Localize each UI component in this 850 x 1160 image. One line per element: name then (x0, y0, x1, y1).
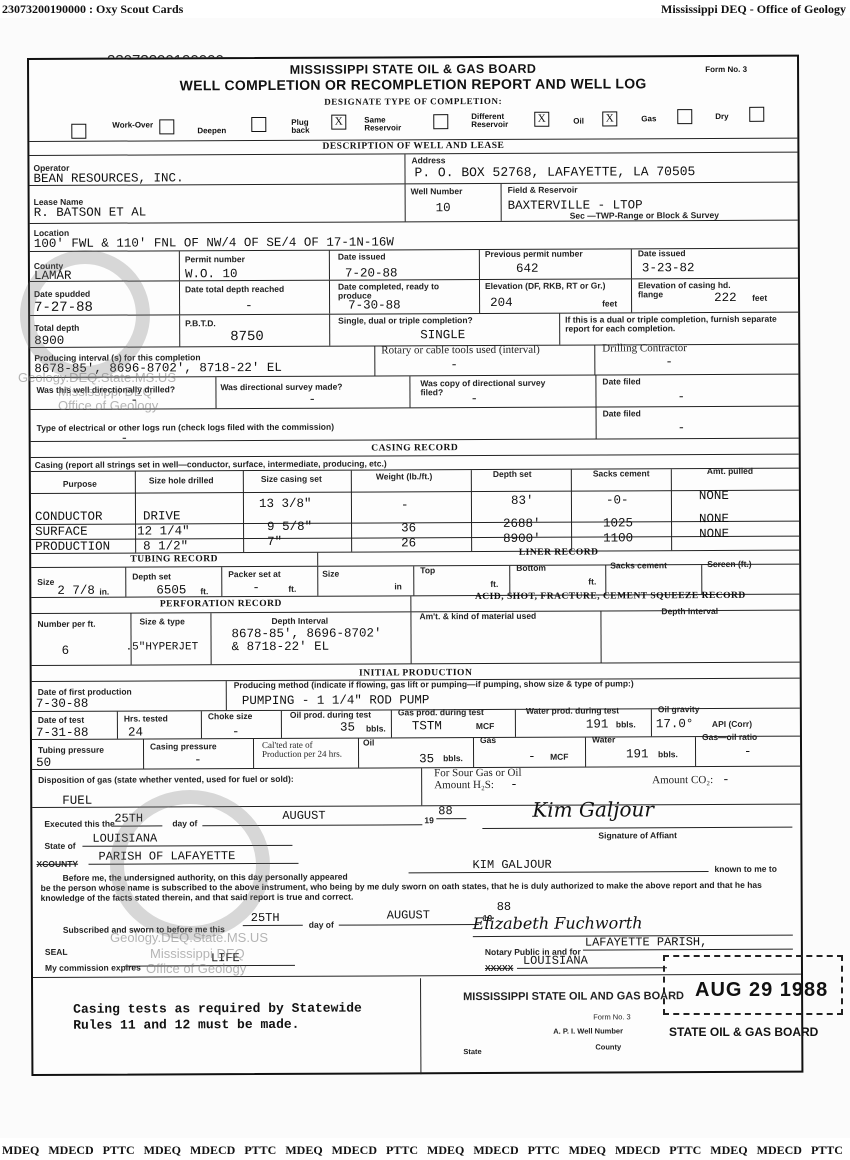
gas-test-unit: MCF (476, 722, 494, 731)
lease-value: R. BATSON ET AL (34, 205, 147, 219)
casing-header-size-casing: Size casing set (261, 475, 322, 484)
oil-unit: bbls. (443, 754, 463, 763)
liner-sacks-label: Sacks cement (610, 561, 667, 570)
date-issued-label: Date issued (338, 252, 386, 261)
casing-cell: DRIVE (143, 509, 181, 523)
logs-date-filed-label: Date filed (603, 409, 641, 418)
tubing-depth-unit: ft. (200, 587, 208, 596)
packer-label: Packer set at (228, 570, 280, 579)
perf-size-label: Size & type (139, 617, 184, 626)
notary-signature: Elizabeth Fuchworth (473, 913, 643, 933)
perforation-row: Number per ft. 6 Size & type .5"HYPERJET… (31, 611, 799, 666)
gas-unit: MCF (550, 753, 568, 762)
test-date-label: Date of test (38, 716, 84, 725)
co2-value: - (722, 773, 730, 787)
year-prefix: 19 (424, 816, 434, 825)
api-well-number-label: A. P. I. Well Number (553, 1027, 623, 1035)
checkbox-oil[interactable]: X (602, 111, 617, 126)
location-value: 100' FWL & 110' FNL OF NW/4 OF SE/4 OF 1… (34, 235, 394, 251)
gas-value: - (528, 750, 536, 764)
form-number: Form No. 3 (705, 65, 747, 74)
checkbox-deepen[interactable] (251, 117, 266, 132)
casing-header-amt-pulled: Amt. pulled (707, 467, 753, 476)
executed-year: 88 (438, 804, 452, 818)
hours-tested-value: 24 (128, 726, 143, 740)
section-title: CASING RECORD (31, 442, 799, 455)
liner-section-title: LINER RECORD (318, 547, 799, 559)
sworn-day: 25TH (251, 911, 280, 925)
notary-parish: LAFAYETTE PARISH, (585, 935, 707, 950)
previous-date-issued-value: 3-23-82 (642, 261, 695, 275)
watermark-text: Mississippi DEQ (58, 384, 153, 399)
stamp-date: AUG 29 1988 (695, 979, 828, 1002)
survey-copy-value: - (470, 392, 478, 406)
packer-unit: ft. (288, 585, 296, 594)
casing-cell: 1025 (603, 516, 633, 530)
calculated-rate-label: Cal'ted rate of Production per 24 hrs. (262, 741, 354, 760)
perf-number-value: 6 (62, 644, 70, 658)
casing-note: Casing (report all strings set in well—c… (35, 459, 387, 469)
oil-label: Oil (363, 738, 374, 747)
signature-label: Signature of Affiant (598, 831, 677, 840)
tubing-size-label: Size (37, 578, 54, 587)
choke-size-label: Choke size (208, 712, 252, 721)
watermark-logo-icon (110, 790, 270, 940)
elevation-unit: feet (602, 299, 617, 308)
watermark-text: Office of Geology (146, 961, 246, 976)
logs-label: Type of electrical or other logs run (ch… (37, 423, 334, 433)
executed-label: Executed this the (44, 820, 114, 829)
casing-cell: 8 1/2" (143, 539, 188, 553)
section-title: DESCRIPTION OF WELL AND LEASE (29, 140, 797, 153)
affiant-name: KIM GALJOUR (472, 858, 551, 872)
label-workover: Work-Over (112, 121, 153, 129)
bottom-form-number: Form No. 3 (593, 1013, 631, 1021)
gas-label: Gas (480, 736, 496, 745)
gas-test-label: Gas prod. during test (398, 708, 484, 717)
casing-cell: CONDUCTOR (35, 510, 103, 524)
casing-tests-note-box: Casing tests as required by Statewide Ru… (33, 978, 421, 1076)
casing-cell: 13 3/8" (259, 497, 312, 511)
casing-cell: 7" (267, 535, 282, 549)
pbtd-value: 8750 (230, 329, 264, 345)
tubing-section-title: TUBING RECORD (31, 554, 317, 565)
checkbox-plug-back[interactable]: X (331, 115, 346, 130)
previous-date-issued-label: Date issued (638, 249, 686, 258)
test-row: Date of test 7-31-88 Hrs. tested 24 Chok… (32, 709, 800, 740)
previous-permit-value: 642 (516, 262, 539, 276)
casing-cell: -0- (606, 493, 629, 507)
casing-elevation-unit: feet (752, 294, 767, 303)
casing-cell: - (401, 498, 409, 512)
stamp-text: STATE OIL & GAS BOARD (669, 1025, 818, 1039)
pbtd-label: P.B.T.D. (185, 319, 216, 328)
agency-title: Mississippi DEQ - Office of Geology (661, 2, 846, 17)
bottom-county-label: County (595, 1043, 621, 1051)
completion-label: Single, dual or triple completion? (338, 316, 473, 326)
perf-number-label: Number per ft. (37, 620, 95, 629)
gas-oil-ratio-label: Gas—oil ratio (702, 733, 757, 742)
state-label: State of (44, 842, 75, 851)
casing-cell: 9 5/8" (267, 520, 312, 534)
oil-gravity-unit: API (Corr) (712, 720, 752, 729)
label-deepen: Deepen (197, 127, 226, 135)
address-label: Address (411, 156, 445, 165)
acid-section-title: ACID, SHOT, FRACTURE, CEMENT SQUEEZE REC… (421, 591, 799, 603)
water-test-unit: bbls. (616, 720, 636, 729)
liner-bottom-unit: ft. (588, 578, 596, 587)
oil-test-unit: bbls. (366, 724, 386, 733)
checkbox-dry[interactable] (749, 107, 764, 122)
watermark-text: Mississippi DEQ (150, 946, 245, 961)
known-text: known to me to (715, 865, 777, 874)
checkbox-gas[interactable] (677, 109, 692, 124)
casing-header-sacks: Sacks cement (593, 469, 650, 478)
casing-cell: PRODUCTION (35, 540, 110, 554)
casing-cell: 12 1/4" (137, 524, 190, 538)
water-unit: bbls. (658, 750, 678, 759)
checkbox-workover[interactable] (159, 119, 174, 134)
perf-interval-label: Depth Interval (271, 617, 328, 626)
casing-header-depth: Depth set (493, 470, 532, 479)
bottom-agency: MISSISSIPPI STATE OIL AND GAS BOARD (463, 991, 684, 1004)
liner-screen-label: Screen (ft.) (707, 560, 751, 569)
sworn-year: 88 (497, 900, 511, 914)
choke-size-value: - (232, 725, 240, 739)
casing-header-size-hole: Size hole drilled (149, 476, 214, 485)
elevation-value: 204 (490, 296, 513, 310)
completed-value: 7-30-88 (348, 298, 401, 312)
test-date-value: 7-31-88 (36, 726, 89, 740)
gas-disposition-label: Disposition of gas (state whether vented… (38, 775, 294, 785)
field-label: Field & Reservoir (508, 186, 578, 195)
permit-label: Permit number (185, 255, 245, 264)
rotary-value: - (450, 358, 458, 372)
perf-interval-line2: & 8718-22' EL (232, 640, 330, 654)
logs-date-filed-value: - (678, 421, 686, 435)
label-gas: Gas (641, 115, 656, 123)
co2-label: Amount CO₂: (652, 775, 713, 787)
well-number-value: 10 (436, 201, 451, 215)
county-struck-label: XCOUNTY (36, 860, 78, 869)
casing-tests-note: Casing tests as required by Statewide Ru… (73, 1000, 393, 1034)
checkbox-same-reservoir[interactable] (433, 114, 448, 129)
liner-top-unit: ft. (490, 580, 498, 589)
affiant-signature: Kim Galjour (532, 797, 654, 822)
casing-cell: NONE (699, 527, 729, 541)
water-label: Water (592, 735, 615, 744)
liner-size-label: Size (322, 570, 339, 579)
producing-method-value: PUMPING - 1 1/4" ROD PUMP (242, 693, 430, 708)
watermark-text: Office of Geology (58, 398, 158, 413)
directional-survey-value: - (308, 393, 316, 407)
date-issued-value: 7-20-88 (345, 266, 398, 280)
casing-pressure-label: Casing pressure (150, 742, 217, 751)
perf-size-value: .5"HYPERJET (126, 641, 199, 653)
casing-cell: 2688' (503, 517, 541, 531)
dual-completion-note: If this is a dual or triple completion, … (565, 315, 795, 334)
directional-survey-label: Was directional survey made? (220, 383, 342, 392)
notary-state-struck: XXXXX (485, 964, 513, 973)
document-title: 23073200190000 : Oxy Scout Cards (2, 2, 183, 17)
casing-cell: NONE (699, 512, 729, 526)
casing-rows: CONDUCTOR DRIVE 13 3/8" - 83' -0- NONE S… (31, 491, 799, 554)
sworn-month: AUGUST (387, 908, 430, 922)
label-same-reservoir: Same Reservoir (364, 116, 412, 132)
liner-size-unit: in (394, 582, 402, 591)
label-plug-back: Plug back (291, 119, 317, 135)
oil-test-label: Oil prod. during test (290, 711, 371, 720)
section-title: INITIAL PRODUCTION (32, 667, 800, 680)
received-stamp: AUG 29 1988 STATE OIL & GAS BOARD (663, 955, 843, 1015)
water-value: 191 (626, 747, 649, 761)
survey-copy-label: Was copy of directional survey filed? (420, 379, 560, 397)
viewer-footer: MDEQ MDECD PTTC MDEQ MDECD PTTC MDEQ MDE… (0, 1143, 850, 1158)
water-test-label: Water prod. during test (526, 706, 619, 715)
form-header: MISSISSIPPI STATE OIL & GAS BOARD WELL C… (29, 57, 797, 142)
gas-disposition-value: FUEL (62, 794, 92, 808)
sour-gas-label: For Sour Gas or Oil (434, 768, 521, 780)
oil-gravity-label: Oil gravity (658, 705, 700, 714)
label-oil: Oil (573, 118, 584, 126)
executed-month: AUGUST (282, 809, 325, 823)
date-filed-label: Date filed (602, 377, 640, 386)
tubing-size-unit: in. (99, 588, 109, 597)
watermark-text: Geology.DEQ.State.MS.US (110, 930, 268, 945)
well-number-label: Well Number (411, 187, 463, 196)
producing-method-label: Producing method (indicate if flowing, g… (234, 679, 634, 690)
viewer-header: 23073200190000 : Oxy Scout Cards Mississ… (0, 0, 850, 18)
oil-test-value: 35 (340, 721, 355, 735)
oil-value: 35 (419, 752, 434, 766)
casing-cell: 36 (401, 521, 416, 535)
tubing-depth-label: Depth set (132, 572, 171, 581)
casing-cell: 8900' (503, 532, 541, 546)
lease-row: Lease Name R. BATSON ET AL Well Number 1… (30, 183, 798, 224)
gas-test-value: TSTM (412, 719, 442, 733)
casing-elevation-value: 222 (714, 291, 737, 305)
watermark-text: Geology.DEQ.State.MS.US (18, 370, 176, 385)
casing-table: Purpose Size hole drilled Size casing se… (31, 469, 799, 554)
h2s-value: - (510, 778, 518, 792)
drilling-contractor-value: - (665, 355, 673, 369)
previous-permit-label: Previous permit number (485, 250, 583, 259)
tubing-size-value: 2 7/8 (57, 584, 95, 598)
oil-gravity-value: 17.0° (656, 717, 694, 731)
casing-cell: 1100 (603, 531, 633, 545)
label-different-reservoir: Different Reservoir (471, 113, 521, 129)
address-value: P. O. BOX 52768, LAFAYETTE, LA 70505 (414, 164, 695, 180)
td-reached-label: Date total depth reached (185, 285, 284, 294)
tubing-pressure-value: 50 (36, 756, 51, 770)
acid-interval-label: Depth Interval (661, 607, 718, 616)
watermark-logo-icon (20, 250, 150, 380)
casing-cell: SURFACE (35, 525, 88, 539)
gas-oil-ratio-value: - (744, 745, 752, 759)
label-dry: Dry (715, 113, 728, 121)
sworn-day-of-label: day of (309, 921, 334, 930)
perforation-section-title: PERFORATION RECORD (31, 598, 410, 610)
first-production-value: 7-30-88 (36, 697, 89, 711)
date-filed-value: - (677, 390, 685, 404)
pressure-row: Tubing pressure 50 Casing pressure - Cal… (32, 737, 800, 770)
tubing-pressure-label: Tubing pressure (38, 746, 104, 755)
elevation-label: Elevation (DF, RKB, RT or Gr.) (485, 281, 625, 291)
notary-state-value: LOUISIANA (523, 954, 588, 968)
county-row: County LAMAR Permit number W.O. 10 Date … (30, 249, 798, 282)
completion-value: SINGLE (420, 328, 465, 342)
casing-header-weight: Weight (lb./ft.) (376, 472, 433, 481)
first-production-label: Date of first production (38, 688, 132, 697)
casing-header-purpose: Purpose (63, 480, 97, 489)
packer-value: - (252, 581, 260, 595)
checkbox-different-reservoir[interactable]: X (534, 112, 549, 127)
operator-row: Operator BEAN RESOURCES, INC. Address P.… (29, 153, 797, 186)
seal-label: SEAL (45, 948, 68, 957)
rotary-label: Rotary or cable tools used (interval) (381, 345, 540, 357)
water-test-value: 191 (586, 717, 609, 731)
liner-top-label: Top (420, 566, 435, 575)
h2s-label: Amount H₂S: (434, 780, 494, 792)
hours-tested-label: Hrs. tested (124, 714, 168, 723)
acid-material-label: Am't. & kind of material used (419, 612, 536, 621)
td-reached-value: - (245, 299, 253, 313)
form-title: WELL COMPLETION OR RECOMPLETION REPORT A… (29, 75, 797, 94)
operator-value: BEAN RESOURCES, INC. (33, 171, 183, 186)
designate-label: DESIGNATE TYPE OF COMPLETION: (29, 95, 797, 108)
sec-twp-range-label: Sec —TWP-Range or Block & Survey (570, 211, 719, 221)
tubing-depth-value: 6505 (156, 583, 186, 597)
drilling-contractor-label: Drilling Contractor (602, 343, 687, 355)
checkbox-blank[interactable] (71, 124, 86, 139)
liner-bottom-label: Bottom (516, 564, 546, 573)
casing-cell: 83' (511, 494, 534, 508)
permit-value: W.O. 10 (185, 267, 238, 281)
bottom-state-label: State (463, 1048, 481, 1056)
casing-cell: NONE (699, 489, 729, 503)
casing-pressure-value: - (194, 753, 202, 767)
